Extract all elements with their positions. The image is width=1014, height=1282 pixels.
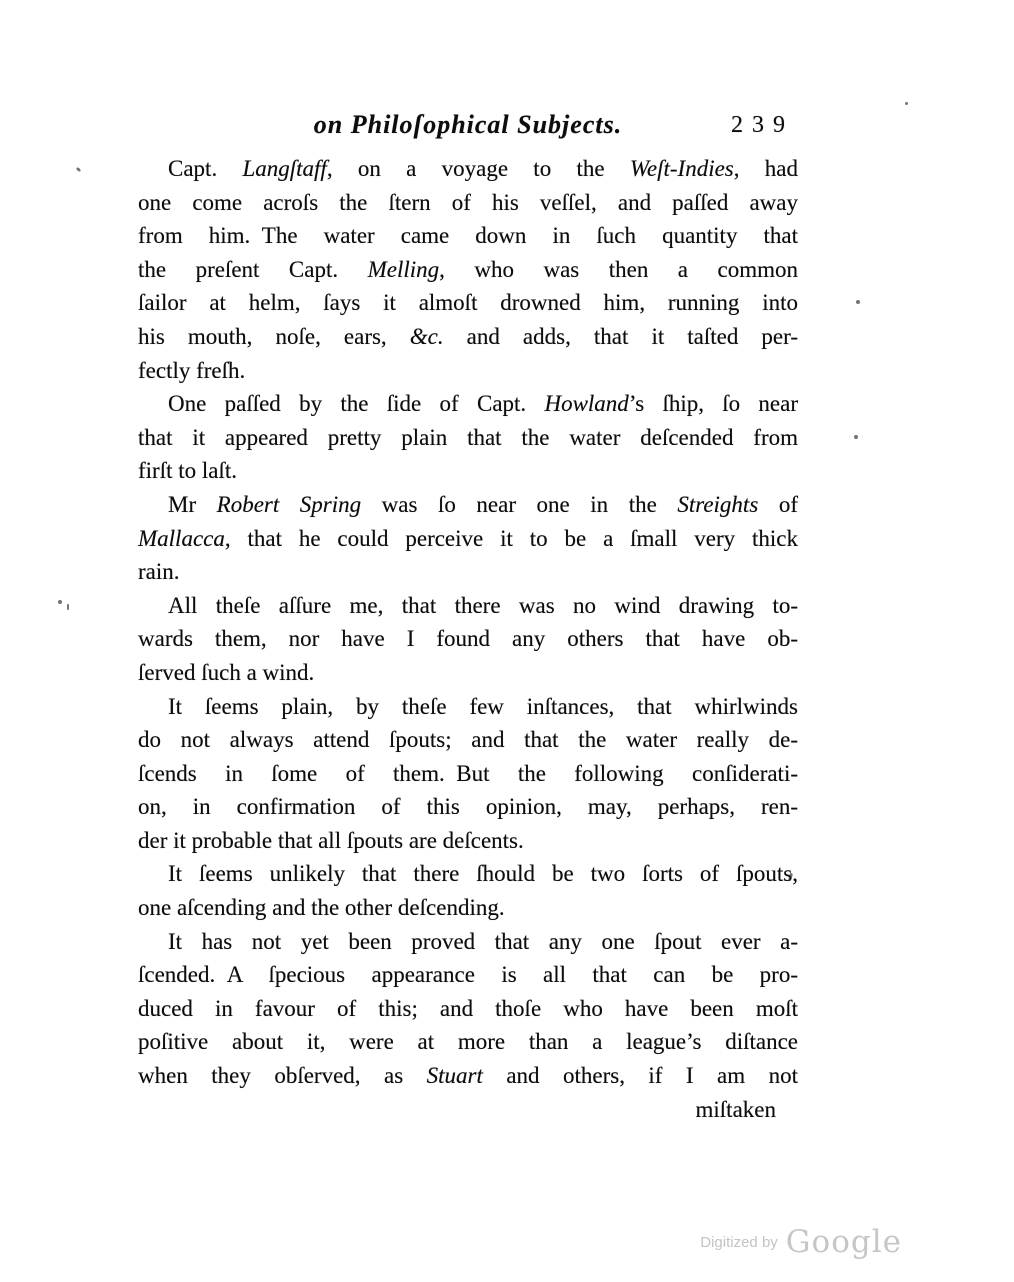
text-segment: ’s ſhip, ſo near xyxy=(629,391,798,416)
text-segment: rain. xyxy=(138,559,180,584)
text-segment: on, in confirmation of this opinion, may… xyxy=(138,794,798,819)
italic-text: &c. xyxy=(410,324,444,349)
text-line: firſt to laſt. xyxy=(138,454,798,488)
body-text: Capt. Langſtaff, on a voyage to the Weſt… xyxy=(138,152,798,1093)
text-line: his mouth, noſe, ears, &c. and adds, tha… xyxy=(138,320,798,354)
text-line: ſcended. A ſpecious appearance is all th… xyxy=(138,958,798,992)
italic-text: Melling xyxy=(368,257,440,282)
text-segment: one aſcending and the other deſcending. xyxy=(138,895,505,920)
text-segment: All theſe aſſure me, that there was no w… xyxy=(168,593,798,618)
text-segment: do not always attend ſpouts; and that th… xyxy=(138,727,798,752)
text-segment: One paſſed by the ſide of Capt. xyxy=(168,391,544,416)
text-line: wards them, nor have I found any others … xyxy=(138,622,798,656)
scan-speck xyxy=(76,167,82,173)
italic-text: Mallacca xyxy=(138,526,225,551)
text-segment: It has not yet been proved that any one … xyxy=(168,929,798,954)
paragraph: It ſeems unlikely that there ſhould be t… xyxy=(138,857,798,924)
scan-speck xyxy=(854,435,858,439)
text-line: It ſeems unlikely that there ſhould be t… xyxy=(138,857,798,891)
paragraph: It has not yet been proved that any one … xyxy=(138,925,798,1093)
catchword: miſtaken xyxy=(696,1097,776,1122)
paragraph: It ſeems plain, by theſe few inſtances, … xyxy=(138,690,798,858)
text-line: when they obſerved, as Stuart and others… xyxy=(138,1059,798,1093)
digitized-by-label: Digitized by xyxy=(700,1234,778,1251)
italic-text: Howland xyxy=(544,391,628,416)
text-segment: , who was then a common xyxy=(439,257,798,282)
text-line: All theſe aſſure me, that there was no w… xyxy=(138,589,798,623)
text-segment: , on a voyage to the xyxy=(327,156,630,181)
paragraph: Capt. Langſtaff, on a voyage to the Weſt… xyxy=(138,152,798,387)
scan-speck xyxy=(856,300,860,304)
text-segment: poſitive about it, were at more than a l… xyxy=(138,1029,798,1054)
text-segment: It ſeems plain, by theſe few inſtances, … xyxy=(168,694,798,719)
text-segment: der it probable that all ſpouts are deſc… xyxy=(138,828,524,853)
text-segment: firſt to laſt. xyxy=(138,458,237,483)
google-logo: Google xyxy=(786,1224,902,1260)
text-line: the preſent Capt. Melling, who was then … xyxy=(138,253,798,287)
text-line: from him. The water came down in ſuch qu… xyxy=(138,219,798,253)
page-number: 239 xyxy=(731,112,794,139)
text-line: duced in favour of this; and thoſe who h… xyxy=(138,992,798,1026)
text-line: fectly freſh. xyxy=(138,354,798,388)
italic-text: Langſtaff xyxy=(242,156,326,181)
text-line: that it appeared pretty plain that the w… xyxy=(138,421,798,455)
text-segment: his mouth, noſe, ears, xyxy=(138,324,410,349)
paragraph: All theſe aſſure me, that there was no w… xyxy=(138,589,798,690)
text-column: Capt. Langſtaff, on a voyage to the Weſt… xyxy=(138,152,798,1127)
book-page: on Philoſophical Subjects. 239 Capt. Lan… xyxy=(0,0,1014,1282)
text-segment: of xyxy=(758,492,798,517)
italic-text: Weſt-Indies xyxy=(630,156,734,181)
text-segment: that it appeared pretty plain that the w… xyxy=(138,425,798,450)
text-segment: and others, if I am not xyxy=(483,1063,798,1088)
text-segment: was ſo near one in the xyxy=(361,492,677,517)
text-segment: one come acroſs the ſtern of his veſſel,… xyxy=(138,190,798,215)
text-line: ſcends in ſome of them. But the followin… xyxy=(138,757,798,791)
scan-speck xyxy=(67,604,69,610)
text-segment: , that he could perceive it to be a ſmal… xyxy=(225,526,798,551)
text-segment: ſerved ſuch a wind. xyxy=(138,660,314,685)
text-line: ſerved ſuch a wind. xyxy=(138,656,798,690)
text-segment: ſcends in ſome of them. But the followin… xyxy=(138,761,798,786)
text-line: poſitive about it, were at more than a l… xyxy=(138,1025,798,1059)
text-line: ſailor at helm, ſays it almoſt drowned h… xyxy=(138,286,798,320)
text-line: der it probable that all ſpouts are deſc… xyxy=(138,824,798,858)
scan-footer: Digitized by Google xyxy=(700,1224,902,1260)
scan-speck xyxy=(905,102,908,105)
text-segment: , had xyxy=(734,156,798,181)
text-line: one come acroſs the ſtern of his veſſel,… xyxy=(138,186,798,220)
page-header: on Philoſophical Subjects. 239 xyxy=(138,110,798,150)
catchword-row: miſtaken xyxy=(138,1093,798,1127)
text-segment: Mr xyxy=(168,492,217,517)
text-segment: duced in favour of this; and thoſe who h… xyxy=(138,996,798,1021)
text-segment: and adds, that it taſted per- xyxy=(444,324,798,349)
text-segment: from him. The water came down in ſuch qu… xyxy=(138,223,798,248)
paragraph: One paſſed by the ſide of Capt. Howland’… xyxy=(138,387,798,488)
text-segment: ſailor at helm, ſays it almoſt drowned h… xyxy=(138,290,798,315)
text-line: It has not yet been proved that any one … xyxy=(138,925,798,959)
text-line: Mr Robert Spring was ſo near one in the … xyxy=(138,488,798,522)
text-line: one aſcending and the other deſcending. xyxy=(138,891,798,925)
scan-speck xyxy=(58,600,62,604)
text-line: Capt. Langſtaff, on a voyage to the Weſt… xyxy=(138,152,798,186)
text-segment: when they obſerved, as xyxy=(138,1063,427,1088)
text-line: on, in confirmation of this opinion, may… xyxy=(138,790,798,824)
text-segment: fectly freſh. xyxy=(138,358,245,383)
text-line: One paſſed by the ſide of Capt. Howland’… xyxy=(138,387,798,421)
paragraph: Mr Robert Spring was ſo near one in the … xyxy=(138,488,798,589)
text-line: do not always attend ſpouts; and that th… xyxy=(138,723,798,757)
text-line: rain. xyxy=(138,555,798,589)
italic-text: Streights xyxy=(677,492,758,517)
text-segment: It ſeems unlikely that there ſhould be t… xyxy=(168,861,798,886)
text-segment: ſcended. A ſpecious appearance is all th… xyxy=(138,962,798,987)
text-line: It ſeems plain, by theſe few inſtances, … xyxy=(138,690,798,724)
italic-text: Stuart xyxy=(427,1063,483,1088)
text-segment: Capt. xyxy=(168,156,242,181)
text-segment: wards them, nor have I found any others … xyxy=(138,626,798,651)
text-segment: the preſent Capt. xyxy=(138,257,368,282)
italic-text: Robert Spring xyxy=(217,492,361,517)
text-line: Mallacca, that he could perceive it to b… xyxy=(138,522,798,556)
running-title: on Philoſophical Subjects. xyxy=(138,110,798,140)
